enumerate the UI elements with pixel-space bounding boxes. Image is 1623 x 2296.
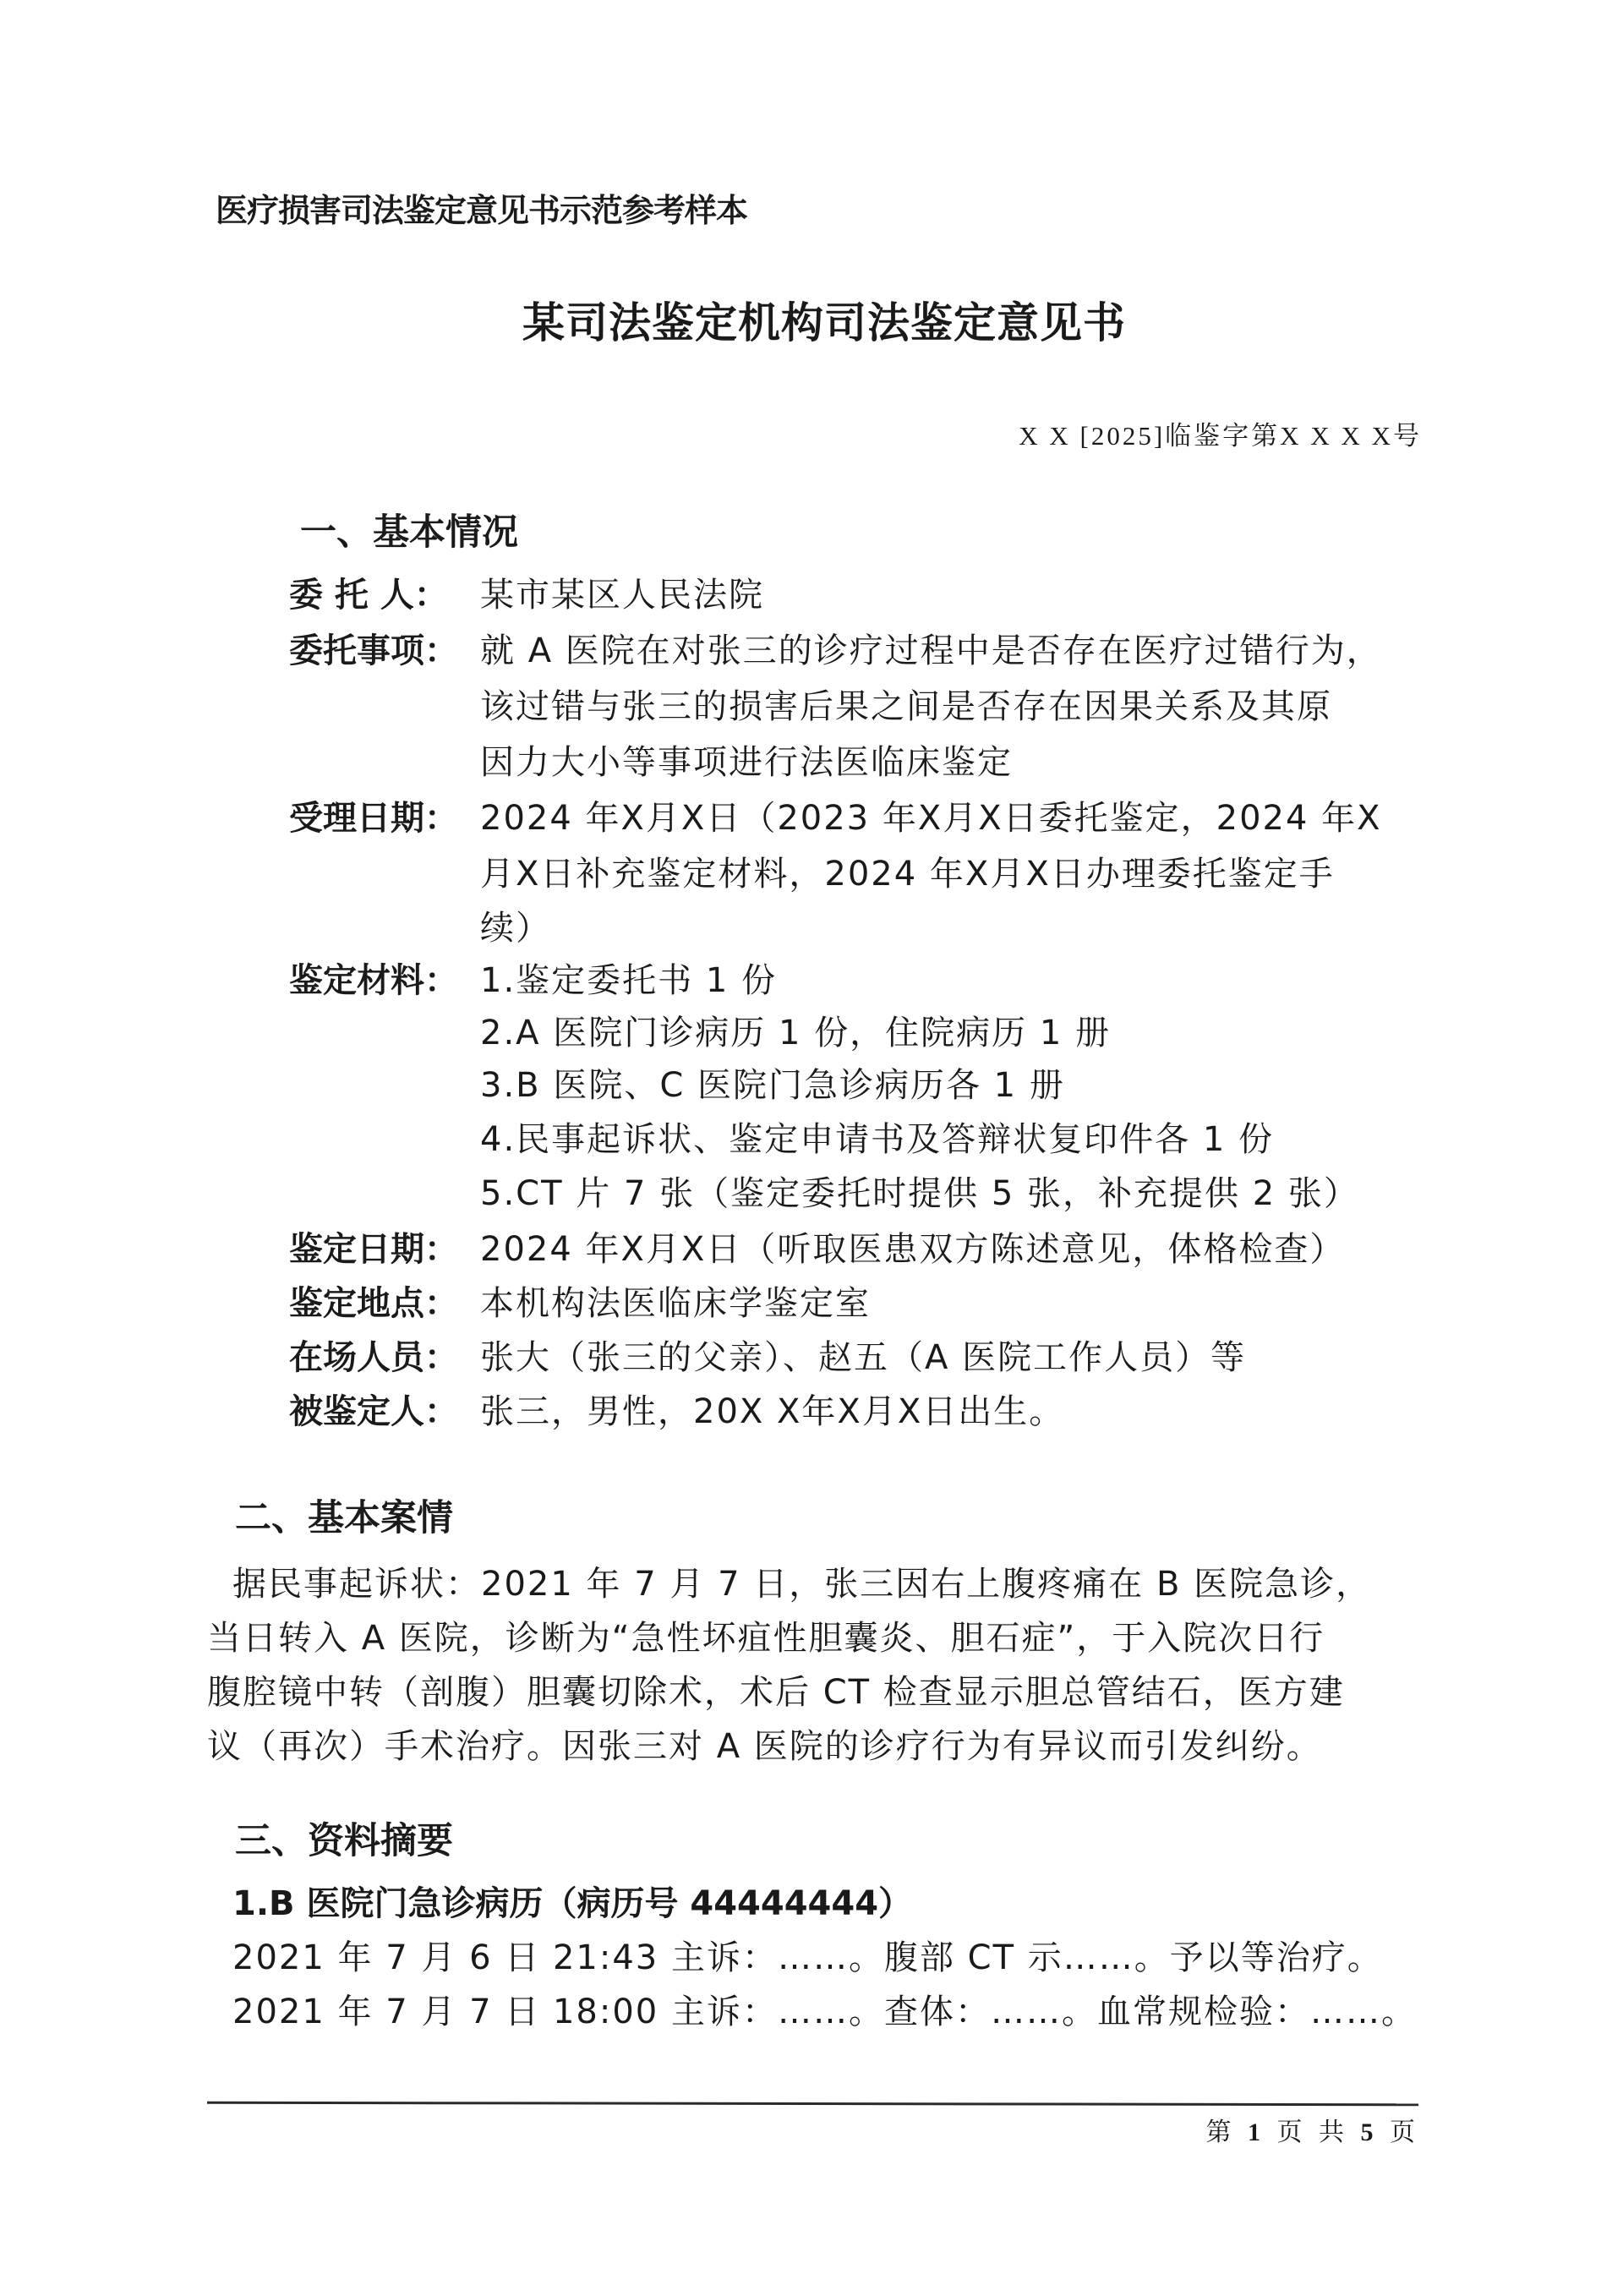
field-label-exam-date: 鉴定日期： <box>289 1222 458 1271</box>
footer-divider <box>207 2102 1418 2107</box>
page-current: 1 <box>1248 2118 1265 2146</box>
field-label-accept-date: 受理日期： <box>289 791 458 839</box>
subheading-b-hospital-records: 1.B 医院门急诊病历（病历号 44444444） <box>232 1877 912 1925</box>
case-facts-line-1: 据民事起诉状：2021 年 7 月 7 日，张三因右上腹疼痛在 B 医院急诊， <box>232 1557 1371 1605</box>
field-value-material-3: 3.B 医院、C 医院门急诊病历各 1 册 <box>480 1058 1065 1107</box>
page-total: 5 <box>1361 2118 1379 2146</box>
field-value-examinee: 张三，男性，20X X年X月X日出生。 <box>480 1385 1064 1433</box>
field-value-accept-date-line3: 续） <box>480 901 551 949</box>
field-value-accept-date-line2: 月X日补充鉴定材料，2024 年X月X日办理委托鉴定手 <box>480 847 1335 895</box>
field-value-matter-line2: 该过错与张三的损害后果之间是否存在因果关系及其原 <box>480 680 1332 728</box>
field-value-material-5: 5.CT 片 7 张（鉴定委托时提供 5 张，补充提供 2 张） <box>480 1167 1359 1215</box>
field-label-matter: 委托事项： <box>289 624 458 672</box>
case-facts-line-3: 腹腔镜中转（剖腹）胆囊切除术，术后 CT 检查显示胆总管结石，医方建 <box>207 1665 1345 1714</box>
record-entry-2: 2021 年 7 月 7 日 18:00 主诉：……。查体：……。血常规检验：…… <box>232 1985 1417 2033</box>
section-heading-materials-summary: 三、资料摘要 <box>235 1812 453 1864</box>
page-middle: 页 共 <box>1277 2118 1350 2146</box>
field-value-client: 某市某区人民法院 <box>480 568 764 616</box>
field-label-examinee: 被鉴定人： <box>289 1385 458 1433</box>
field-value-exam-location: 本机构法医临床学鉴定室 <box>480 1276 871 1325</box>
section-heading-basic-info: 一、基本情况 <box>300 504 518 555</box>
field-value-accept-date-line1: 2024 年X月X日（2023 年X月X日委托鉴定，2024 年X <box>480 791 1382 839</box>
document-number: X X [2025]临鉴字第X X X X号 <box>1019 414 1422 452</box>
page-suffix: 页 <box>1390 2118 1420 2146</box>
field-value-matter-line3: 因力大小等事项进行法医临床鉴定 <box>480 735 1013 784</box>
field-label-attendees: 在场人员： <box>289 1331 458 1379</box>
page-number: 第 1 页 共 5 页 <box>1206 2111 1421 2148</box>
field-value-attendees: 张大（张三的父亲）、赵五（A 医院工作人员）等 <box>480 1331 1246 1379</box>
record-entry-1: 2021 年 7 月 6 日 21:43 主诉：……。腹部 CT 示……。予以等… <box>232 1931 1383 1979</box>
case-facts-line-4: 议（再次）手术治疗。因张三对 A 医院的诊疗行为有异议而引发纠纷。 <box>207 1719 1322 1768</box>
field-label-materials: 鉴定材料： <box>289 954 458 1002</box>
section-heading-case-facts: 二、基本案情 <box>235 1490 453 1541</box>
field-value-matter-line1: 就 A 医院在对张三的诊疗过程中是否存在医疗过错行为， <box>480 624 1382 672</box>
field-value-exam-date: 2024 年X月X日（听取医患双方陈述意见，体格检查） <box>480 1222 1345 1271</box>
header-note: 医疗损害司法鉴定意见书示范参考样本 <box>216 184 747 231</box>
page-prefix: 第 <box>1206 2118 1237 2146</box>
field-label-client: 委 托 人： <box>289 568 448 616</box>
field-value-material-1: 1.鉴定委托书 1 份 <box>480 954 777 1002</box>
field-label-exam-location: 鉴定地点： <box>289 1276 458 1325</box>
field-value-material-2: 2.A 医院门诊病历 1 份，住院病历 1 册 <box>480 1006 1111 1054</box>
case-facts-line-2: 当日转入 A 医院，诊断为“急性坏疽性胆囊炎、胆石症”，于入院次日行 <box>207 1611 1325 1659</box>
document-title: 某司法鉴定机构司法鉴定意见书 <box>0 289 1623 350</box>
field-value-material-4: 4.民事起诉状、鉴定申请书及答辩状复印件各 1 份 <box>480 1112 1274 1161</box>
